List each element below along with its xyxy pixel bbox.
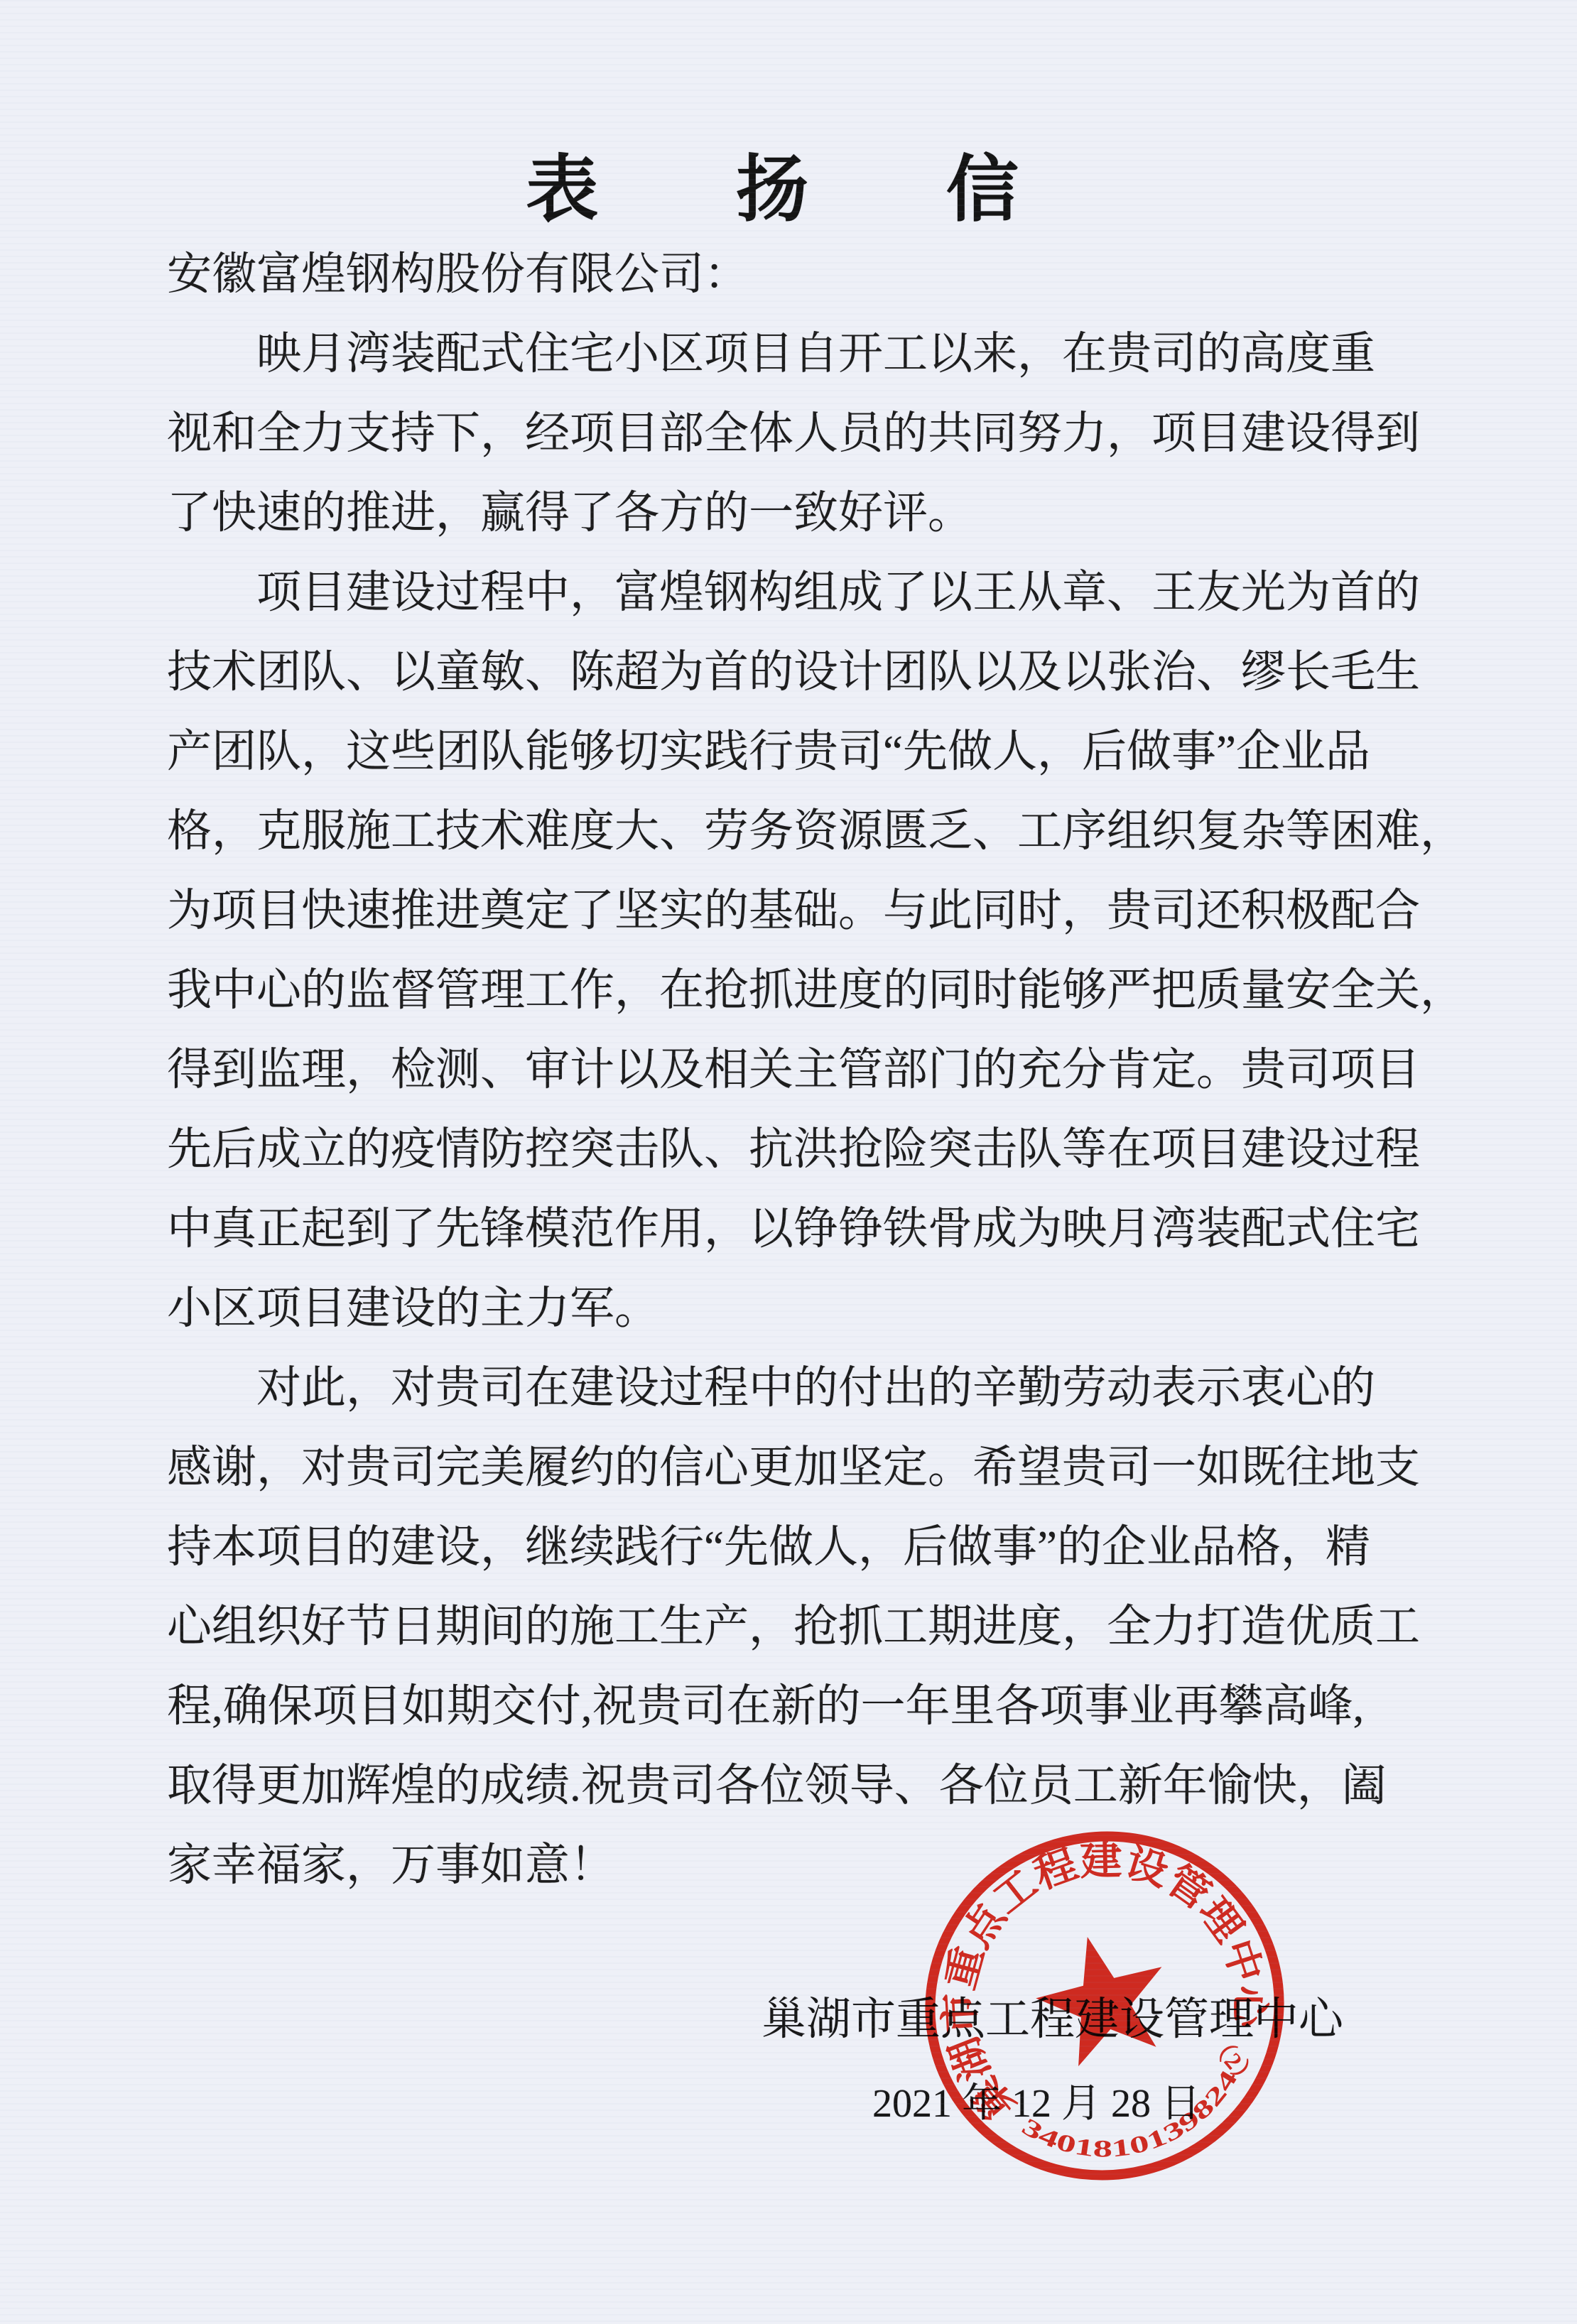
official-seal-stamp: 巢湖市重点工程建设管理中心 3401810139824 （2） bbox=[913, 1827, 1296, 2196]
body-line: 视和全力支持下，经项目部全体人员的共同努力，项目建设得到 bbox=[167, 393, 1428, 473]
body-line: 先后成立的疫情防控突击队、抗洪抢险突击队等在项目建设过程 bbox=[167, 1109, 1428, 1189]
body-line: 得到监理，检测、审计以及相关主管部门的充分肯定。贵司项目 bbox=[167, 1030, 1428, 1109]
body-line: 感谢，对贵司完美履约的信心更加坚定。希望贵司一如既往地支 bbox=[167, 1428, 1428, 1507]
body-line: 心组织好节日期间的施工生产，抢抓工期进度，全力打造优质工 bbox=[167, 1587, 1428, 1666]
body-line: 小区项目建设的主力军。 bbox=[167, 1269, 1428, 1348]
letter-title: 表 扬 信 bbox=[0, 132, 1577, 236]
body-line: 了快速的推进，赢得了各方的一致好评。 bbox=[167, 473, 1428, 553]
body-line: 技术团队、以童敏、陈超为首的设计团队以及以张治、缪长毛生 bbox=[167, 632, 1428, 712]
body-line: 映月湾装配式住宅小区项目自开工以来，在贵司的高度重 bbox=[167, 314, 1428, 393]
salutation: 安徽富煌钢构股份有限公司： bbox=[167, 234, 1428, 314]
body-line: 项目建设过程中，富煌钢构组成了以王从章、王友光为首的 bbox=[167, 553, 1428, 632]
letter-page: 表 扬 信 安徽富煌钢构股份有限公司： 映月湾装配式住宅小区项目自开工以来，在贵… bbox=[0, 0, 1577, 2324]
letter-body: 安徽富煌钢构股份有限公司： 映月湾装配式住宅小区项目自开工以来，在贵司的高度重 … bbox=[167, 234, 1428, 1905]
body-line: 对此，对贵司在建设过程中的付出的辛勤劳动表示衷心的 bbox=[167, 1348, 1428, 1428]
body-line: 中真正起到了先锋模范作用，以铮铮铁骨成为映月湾装配式住宅 bbox=[167, 1189, 1428, 1269]
body-line: 格，克服施工技术难度大、劳务资源匮乏、工序组织复杂等困难， bbox=[167, 791, 1428, 871]
body-line: 程,确保项目如期交付,祝贵司在新的一年里各项事业再攀高峰, bbox=[167, 1666, 1428, 1746]
body-line: 持本项目的建设，继续践行“先做人，后做事”的企业品格，精 bbox=[167, 1507, 1428, 1587]
body-line: 为项目快速推进奠定了坚实的基础。与此同时，贵司还积极配合 bbox=[167, 871, 1428, 950]
scanned-letter-screenshot: { "page": { "background": "#eef0f7", "in… bbox=[0, 0, 1577, 2324]
body-line: 取得更加辉煌的成绩.祝贵司各位领导、各位员工新年愉快，阖 bbox=[167, 1746, 1428, 1825]
body-line: 产团队，这些团队能够切实践行贵司“先做人，后做事”企业品 bbox=[167, 712, 1428, 791]
seal-star-icon bbox=[1024, 1921, 1180, 2073]
body-line: 我中心的监督管理工作，在抢抓进度的同时能够严把质量安全关， bbox=[167, 950, 1428, 1030]
